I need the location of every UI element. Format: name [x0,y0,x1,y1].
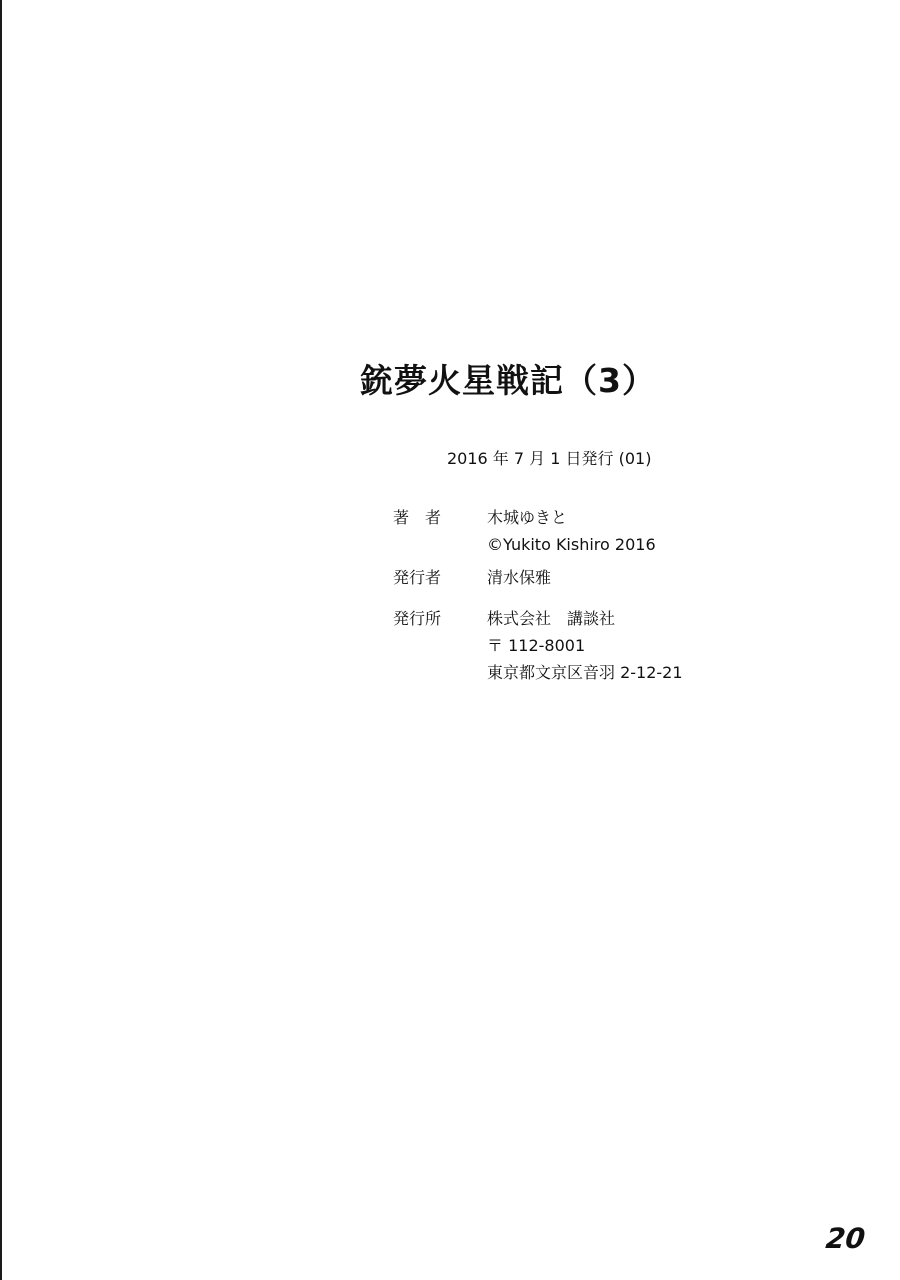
publisher-label: 発行者 [393,566,473,590]
copyright-notice: ©Yukito Kishiro 2016 [487,533,656,560]
author-name: 木城ゆきと [487,506,656,533]
book-title: 銃夢火星戦記（3） [360,360,656,402]
address: 東京都文京区音羽 2-12-21 [487,661,683,688]
page-left-edge-border [0,0,2,1280]
publishing-house-values: 株式会社 講談社 〒 112-8001 東京都文京区音羽 2-12-21 [487,607,683,688]
publishing-house-label: 発行所 [393,607,473,631]
page-number: 20 [824,1222,867,1256]
publication-date: 2016 年 7 月 1 日発行 (01) [447,447,651,471]
company-name: 株式会社 講談社 [487,607,683,634]
postal-code: 〒 112-8001 [487,634,683,661]
author-values: 木城ゆきと ©Yukito Kishiro 2016 [487,506,656,560]
author-label: 著 者 [393,506,473,530]
publisher-values: 清水保雅 [487,566,551,593]
publisher-name: 清水保雅 [487,566,551,593]
